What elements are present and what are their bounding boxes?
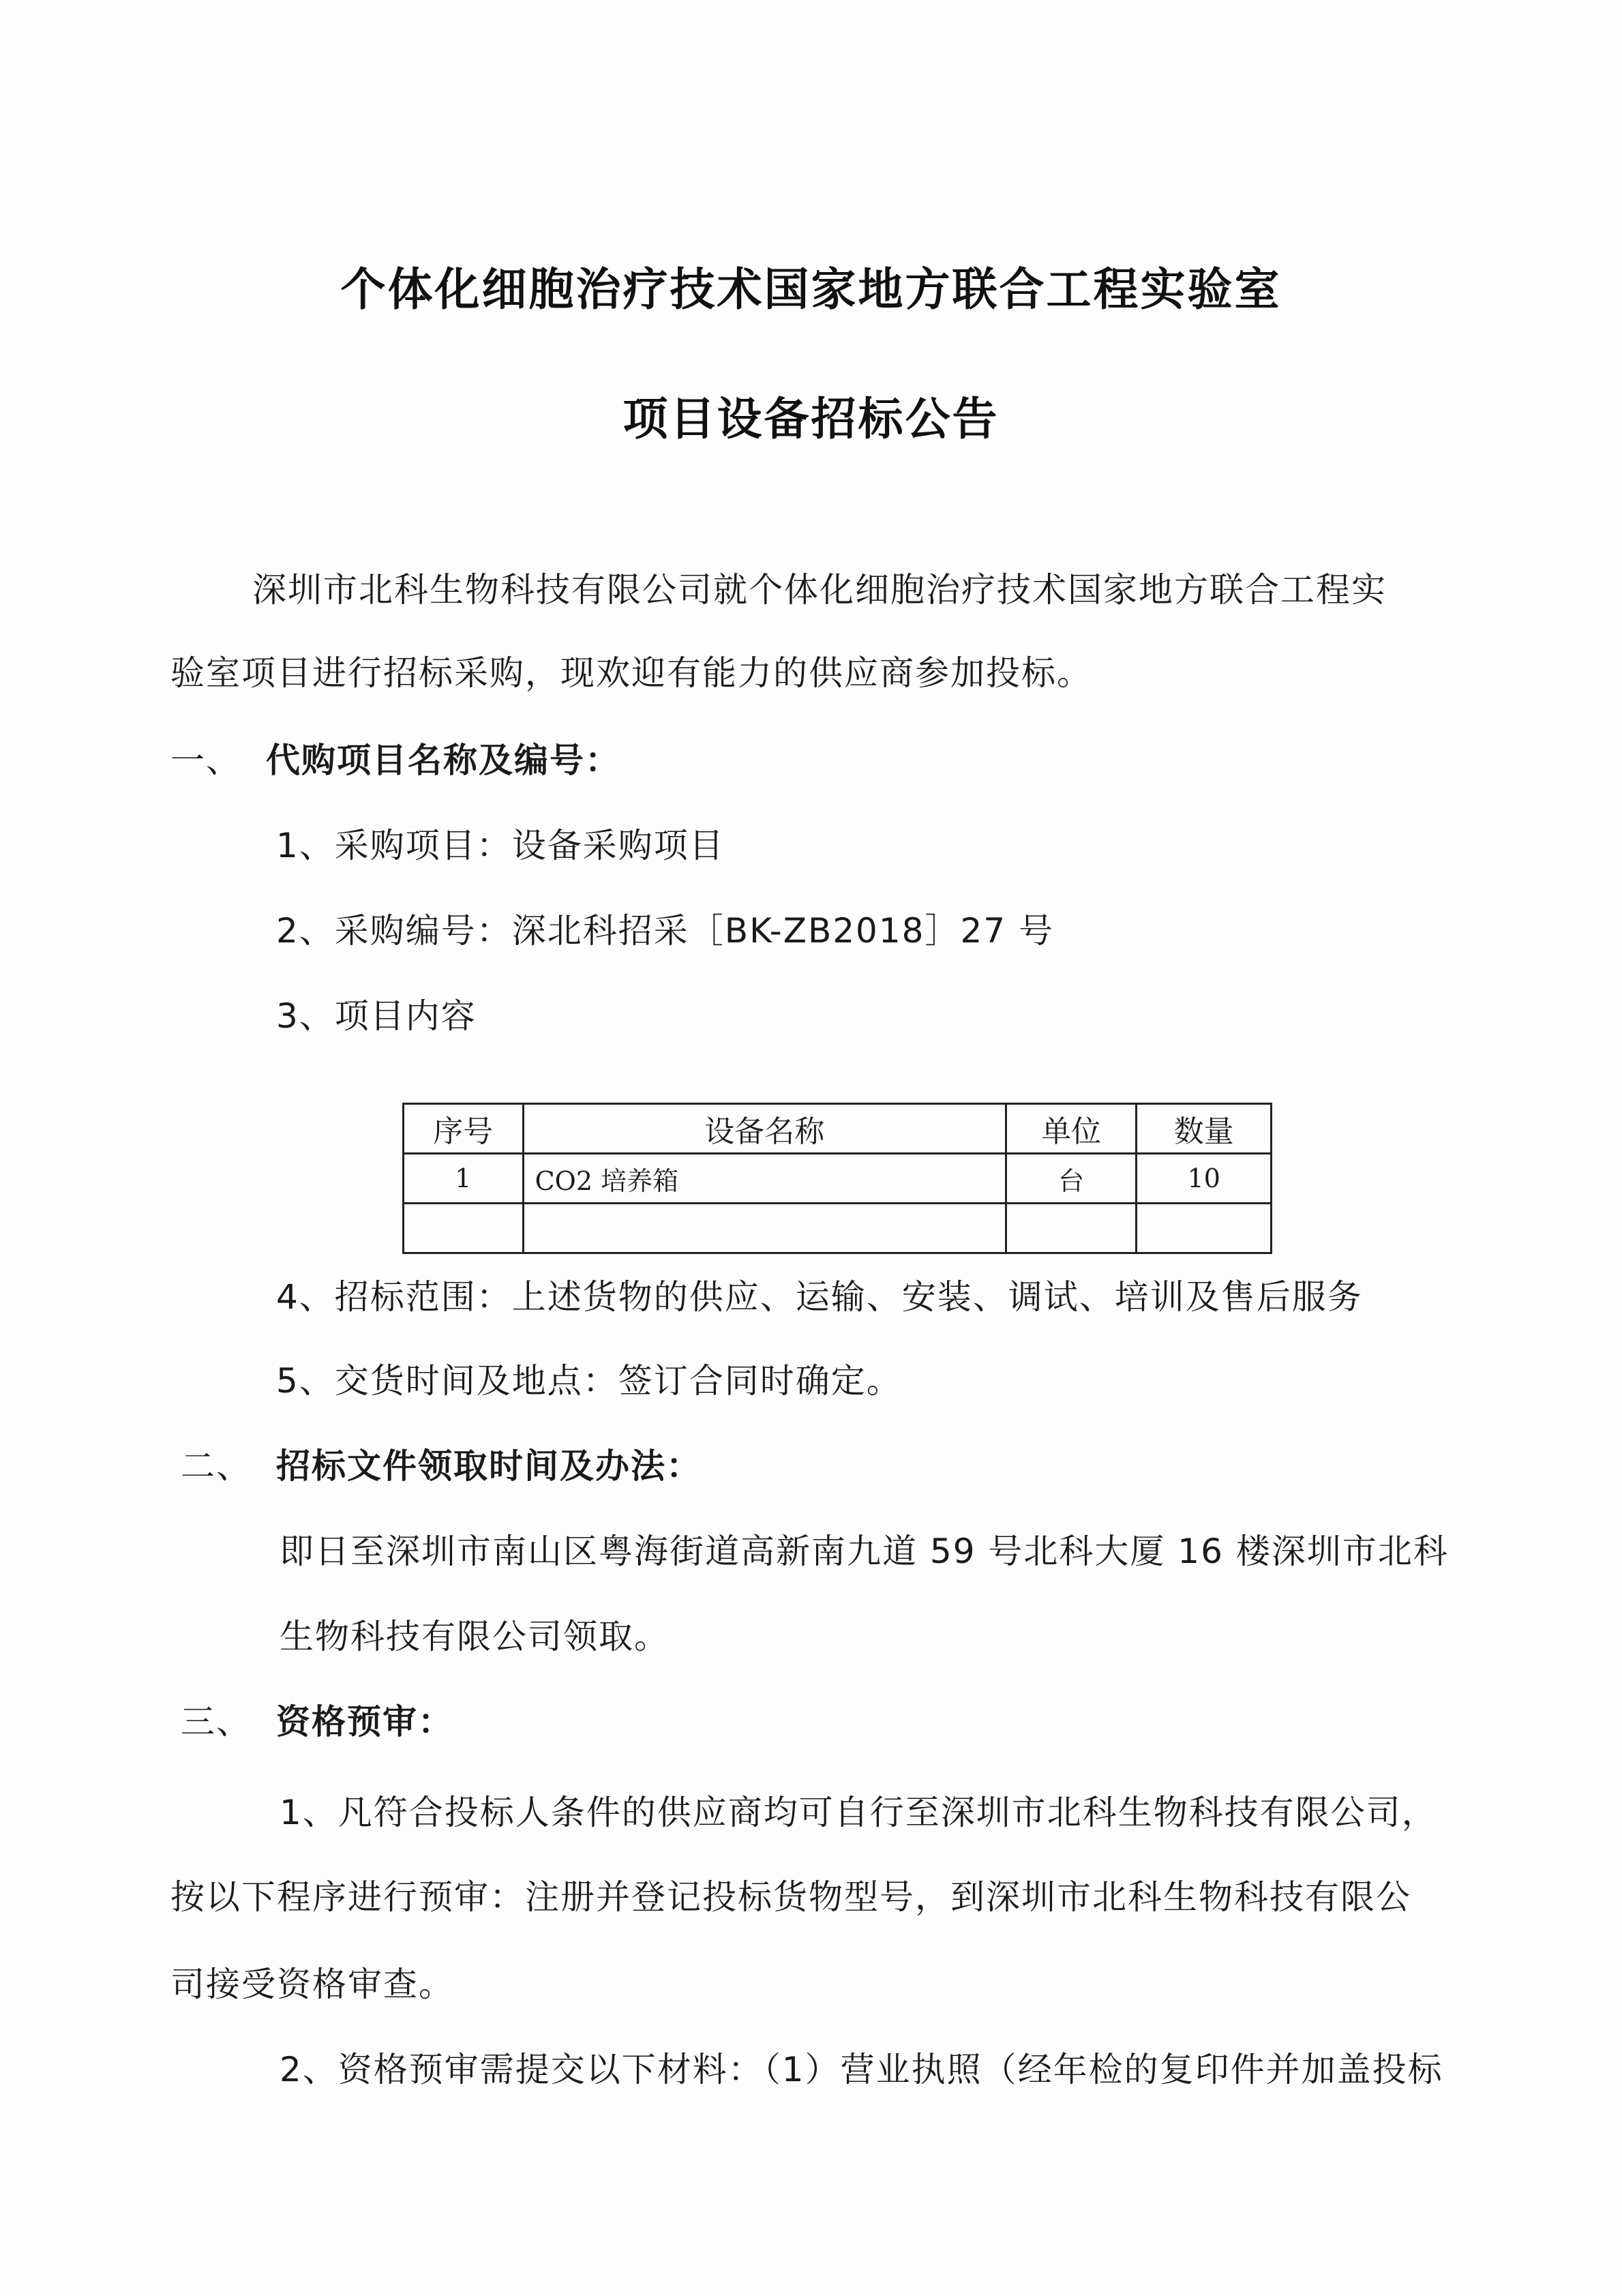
section2-line2: 生物科技有限公司领取。 [280, 1616, 670, 1657]
cell-unit: 台 [1006, 1154, 1137, 1204]
section1-item2: 2、采购编号：深北科招采［BK-ZB2018］27 号 [276, 910, 1054, 951]
section3-heading: 三、资格预审： [181, 1701, 453, 1742]
equipment-table: 序号 设备名称 单位 数量 1 CO2 培养箱 台 10 [402, 1103, 1272, 1254]
table-row: 1 CO2 培养箱 台 10 [404, 1154, 1272, 1204]
document-title-line1: 个体化细胞治疗技术国家地方联合工程实验室 [0, 263, 1622, 317]
section3-title: 资格预审： [276, 1702, 453, 1742]
header-equipment-name: 设备名称 [523, 1104, 1006, 1154]
section3-p1-line2: 按以下程序进行预审：注册并登记投标货物型号，到深圳市北科生物科技有限公 [170, 1877, 1411, 1918]
section2-heading: 二、招标文件领取时间及办法： [181, 1446, 702, 1487]
header-unit: 单位 [1006, 1104, 1137, 1154]
cell-unit [1006, 1204, 1137, 1253]
cell-equipment-name [523, 1204, 1006, 1253]
section1-heading: 一、代购项目名称及编号： [170, 740, 620, 781]
header-quantity: 数量 [1137, 1104, 1272, 1154]
section3-number: 三、 [181, 1701, 276, 1742]
section3-p2-line1: 2、资格预审需提交以下材料：（1）营业执照（经年检的复印件并加盖投标 [280, 2049, 1443, 2090]
section2-line1: 即日至深圳市南山区粤海街道高新南九道 59 号北科大厦 16 楼深圳市北科 [280, 1531, 1449, 1572]
intro-line1: 深圳市北科生物科技有限公司就个体化细胞治疗技术国家地方联合工程实 [252, 569, 1387, 610]
cell-equipment-name: CO2 培养箱 [523, 1154, 1006, 1204]
section1-item4: 4、招标范围：上述货物的供应、运输、安装、调试、培训及售后服务 [276, 1277, 1363, 1317]
section1-item5: 5、交货时间及地点：签订合同时确定。 [276, 1360, 902, 1401]
section1-number: 一、 [170, 740, 266, 781]
header-serial: 序号 [404, 1104, 524, 1154]
section1-item3: 3、项目内容 [276, 996, 477, 1037]
section3-p1-line1: 1、凡符合投标人条件的供应商均可自行至深圳市北科生物科技有限公司， [280, 1792, 1437, 1833]
document-title-line2: 项目设备招标公告 [0, 392, 1622, 447]
section3-p1-line3: 司接受资格审查。 [170, 1964, 454, 2005]
cell-serial: 1 [404, 1154, 524, 1204]
section1-item1: 1、采购项目：设备采购项目 [276, 825, 725, 866]
table-header-row: 序号 设备名称 单位 数量 [404, 1104, 1272, 1154]
section2-number: 二、 [181, 1446, 276, 1487]
cell-quantity: 10 [1137, 1154, 1272, 1204]
cell-serial [404, 1204, 524, 1253]
section2-title: 招标文件领取时间及办法： [276, 1446, 702, 1486]
cell-quantity [1137, 1204, 1272, 1253]
intro-line2: 验室项目进行招标采购，现欢迎有能力的供应商参加投标。 [170, 653, 1092, 694]
table-row [404, 1204, 1272, 1253]
section1-title: 代购项目名称及编号： [266, 741, 620, 780]
